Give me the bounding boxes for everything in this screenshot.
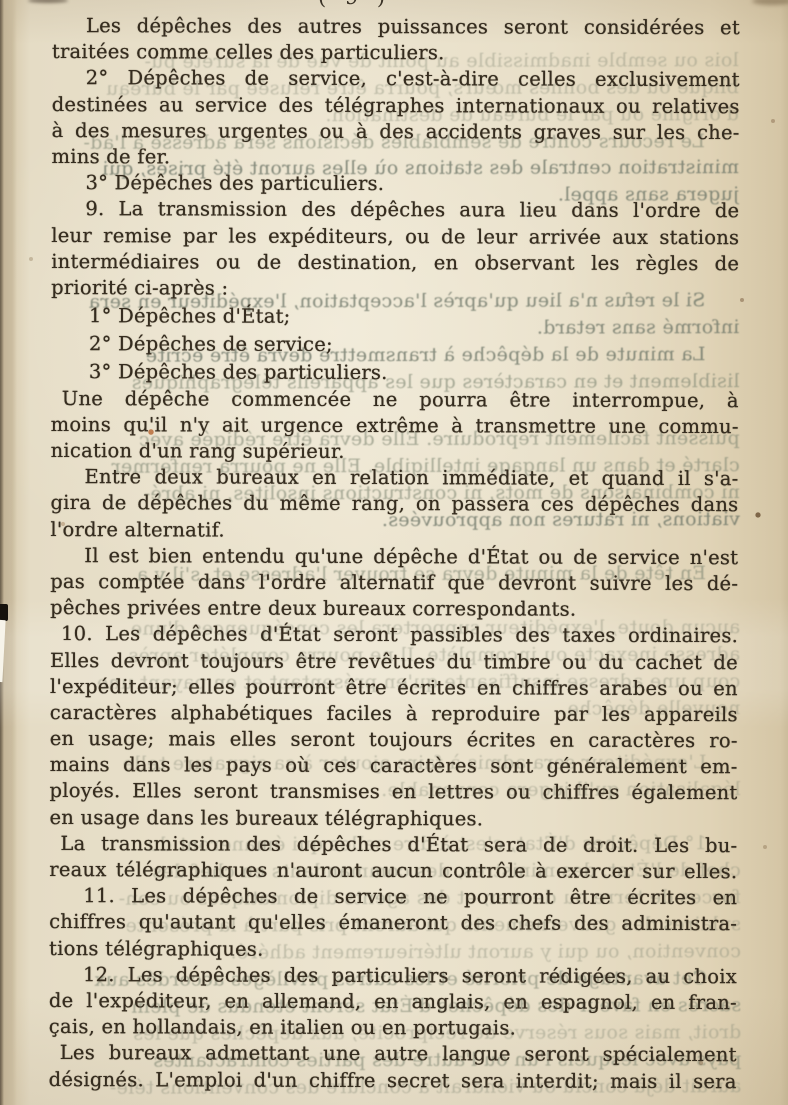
scan-artifact-top-right-smudge: [752, 0, 788, 5]
text-line: gira de dépêches du même rang, on passer…: [50, 490, 738, 518]
text-line: l'ordre alternatif.: [50, 517, 738, 545]
text-line: Les bureaux admettant une autre langue s…: [49, 1040, 737, 1068]
text-line: 9. La transmission des dépêches aura lie…: [51, 196, 739, 224]
scan-artifact-black-notch: [0, 604, 8, 621]
text-line: pas comptée dans l'ordre alternatif que …: [50, 569, 738, 597]
text-line: Elles devront toujours être revêtues du …: [50, 647, 738, 675]
page-number-header-clipped: ( 9 ): [318, 0, 468, 9]
scan-artifact-top-left-smudge: [28, 0, 68, 3]
text-line: nication d'un rang supérieur.: [51, 438, 739, 466]
text-line-list-item: 1° Dépêches d'État;: [51, 303, 739, 331]
text-line: de l'expéditeur, en allemand, en anglais…: [49, 988, 737, 1016]
text-line: en usage dans les bureaux télégraphiques…: [49, 805, 737, 833]
text-line: 12. Les dépêches des particuliers seront…: [49, 962, 737, 990]
page-binding-edge: [0, 0, 17, 1105]
text-line: Entre deux bureaux en relation immédiate…: [51, 464, 739, 492]
text-line: 2° Dépêches de service, c'est-à-dire cel…: [52, 65, 740, 93]
text-line: 11. Les dépêches de service ne pourront …: [49, 883, 737, 911]
text-line: leur remise par les expéditeurs, ou de l…: [51, 222, 739, 250]
text-line: Une dépêche commencée ne pourra être int…: [51, 386, 739, 414]
text-line: en usage; mais elles seront toujours écr…: [50, 726, 738, 754]
text-line: pêches privées entre deux bureaux corres…: [50, 595, 738, 623]
text-line: caractères alphabétiques faciles à repro…: [50, 700, 738, 728]
text-line: mains dans les pays où ces caractères so…: [50, 752, 738, 780]
text-line: Il est bien entendu qu'une dépêche d'Éta…: [50, 543, 738, 571]
text-line: Les dépêches des autres puissances seron…: [52, 13, 740, 41]
text-line-list-item: 2° Dépêches de service;: [51, 331, 739, 359]
text-line: reaux télégraphiques n'auront aucun cont…: [49, 857, 737, 885]
text-line: chiffres qu'autant qu'elles émaneront de…: [49, 909, 737, 937]
text-line: 10. Les dépêches d'État seront passibles…: [50, 621, 738, 649]
text-line: çais, en hollandais, en italien ou en po…: [49, 1014, 737, 1042]
text-line: l'expéditeur; elles pourront être écrite…: [50, 674, 738, 702]
speckle-noise: [0, 0, 2, 2]
text-line: 3° Dépêches des particuliers.: [51, 170, 739, 198]
text-line-list-item: 3° Dépêches des particuliers.: [51, 359, 739, 387]
scanned-page: ( 9 ) lois ou semble inadmissible au poi…: [0, 0, 788, 1105]
text-line: à des mesures urgentes ou à des accident…: [52, 118, 740, 146]
page-text-block: Les dépêches des autres puissances seron…: [49, 13, 740, 1095]
text-line: moins qu'il n'y ait urgence extrême à tr…: [51, 412, 739, 440]
text-line: destinées au service des télégraphes int…: [52, 92, 740, 120]
text-line: intermédiaires ou de destination, en obs…: [51, 249, 739, 277]
text-line: traitées comme celles des particuliers.: [52, 39, 740, 67]
text-line: mins de fer.: [52, 144, 740, 172]
page-number-text: ( 9 ): [318, 0, 468, 9]
text-line: tions télégraphiques.: [49, 936, 737, 964]
text-line: priorité ci-après :: [51, 275, 739, 303]
text-line: ployés. Elles seront transmises en lettr…: [50, 778, 738, 806]
text-line: désignés. L'emploi d'un chiffre secret s…: [49, 1066, 737, 1094]
text-line: La transmission des dépêches d'État sera…: [49, 831, 737, 859]
